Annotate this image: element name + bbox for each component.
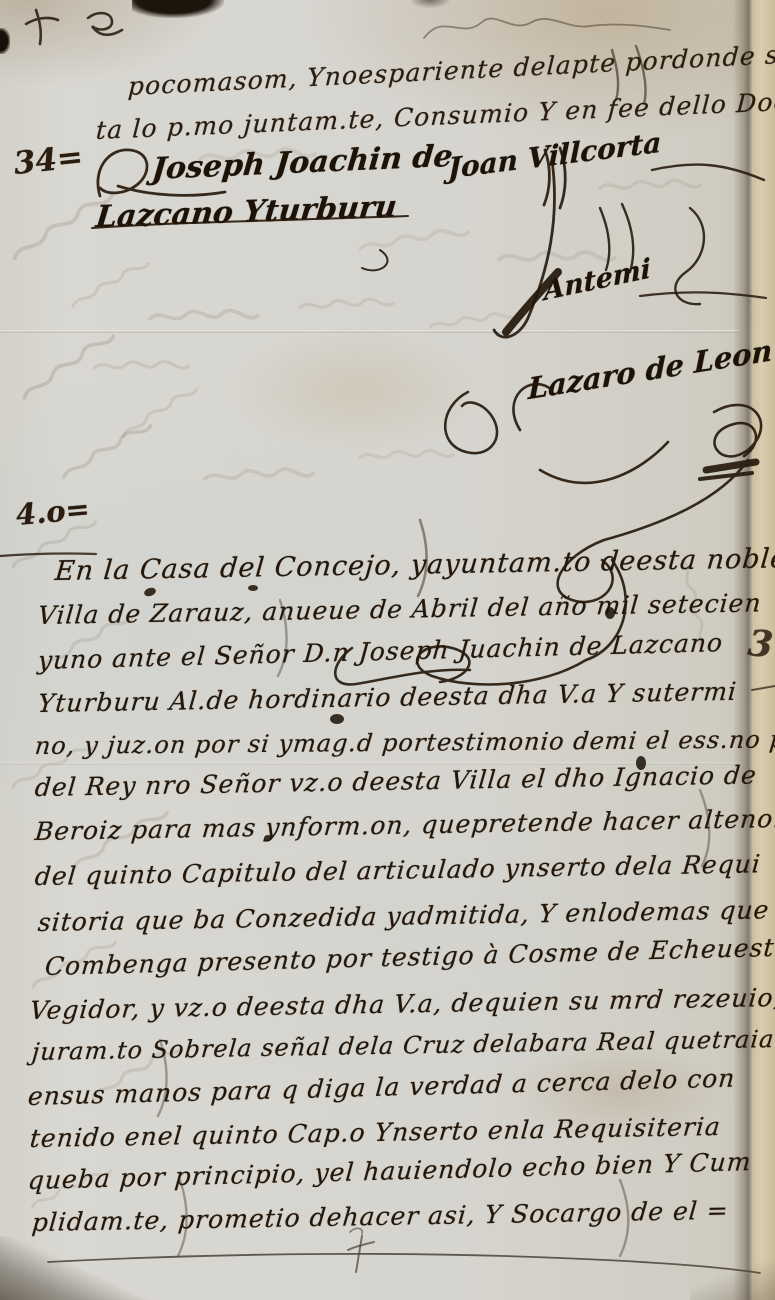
body-line: no, y juz.on por si ymag.d portestimonio… [34,725,775,760]
body-line: tenido enel quinto Cap.o Ynserto enla Re… [29,1112,722,1153]
witness-signature: Joan Villcorta [448,126,662,186]
top-edge-shadow [410,0,450,8]
alcalde-signature-line1: Joseph Joachin de [150,139,454,187]
body-line: Yturburu Al.de hordinario deesta dha V.a… [37,677,739,718]
top-edge-tear [132,0,224,18]
bottom-right-corner-shadow [690,1250,775,1300]
body-line: yuno ante el Señor D.n Joseph Juachin de… [37,628,724,675]
body-line: juram.to Sobrela señal dela Cruz delabar… [31,1025,775,1066]
pen-trial-cross [26,10,122,44]
witness-number: 4.o= [15,492,92,532]
body-line: del Rey nro Señor vz.o deesta Villa el d… [34,760,758,802]
body-line: Vegidor, y vz.o deesta dha V.a, dequien … [29,983,775,1025]
body-line: En la Casa del Concejo, yayuntam.to dees… [54,542,775,587]
body-line: queba por principio, yel hauiendolo echo… [27,1147,753,1195]
body-line: Combenga presento por testigo à Cosme de… [44,932,775,981]
body-line: ensus manos para q diga la verdad a cerc… [27,1063,737,1111]
quire-mark: 3 [746,622,775,666]
alcalde-signature-line2: Lazcano Yturburu [94,189,398,235]
left-edge-mark [0,28,10,54]
top-center-scrawl [424,19,670,38]
body-line: plidam.te, prometio dehacer asi, Y Socar… [31,1196,730,1237]
body-line: sitoria que ba Conzedida yadmitida, Y en… [37,895,771,937]
body-line: del quinto Capitulo del articulado ynser… [34,849,762,891]
entry-number: 34= [12,139,85,182]
manuscript-page: 34= 4.o= 3 pocomasom, Ynoespariente dela… [0,0,775,1300]
fold-crease [0,330,740,333]
body-line: Villa de Zarauz, anueue de Abril del año… [37,588,763,630]
notary-rubric: Antemi [543,253,651,307]
body-line: Beroiz para mas ynform.on, quepretende h… [34,804,775,846]
bottom-left-corner-shadow [0,1236,200,1300]
